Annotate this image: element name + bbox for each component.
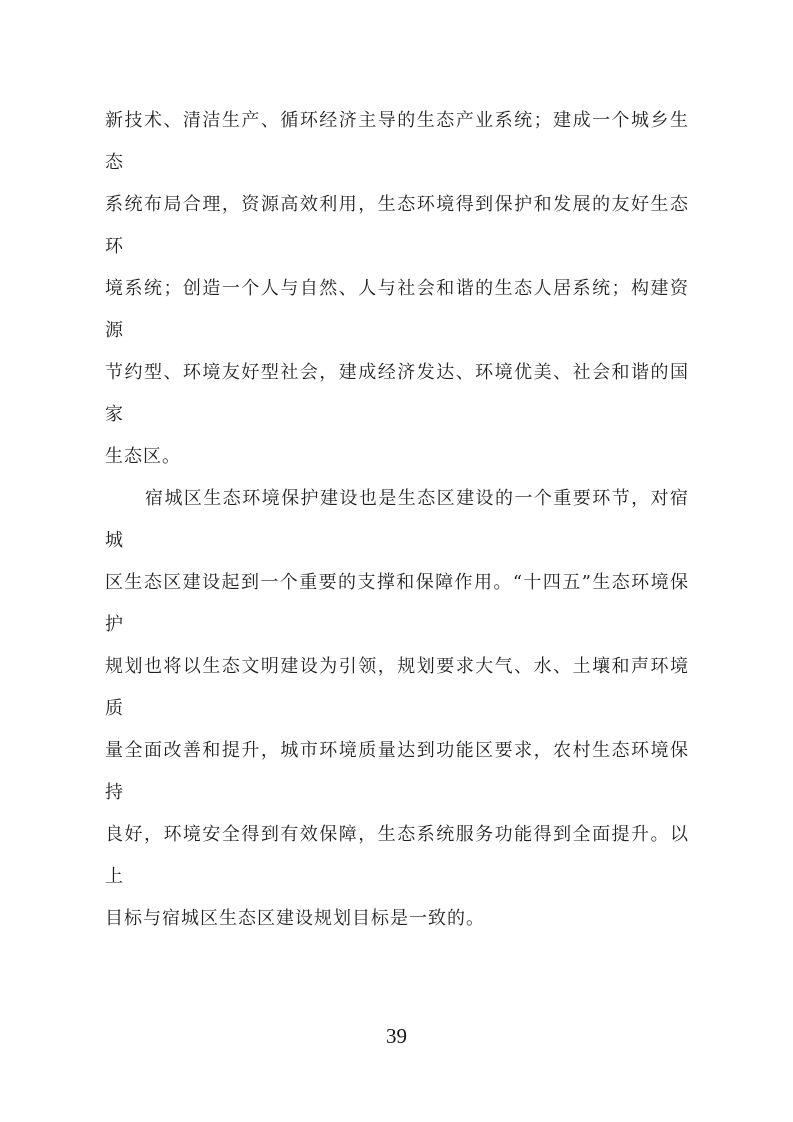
text-line: 区生态区建设起到一个重要的支撑和保障作用。“十四五”生态环境保护 [105,562,689,646]
text-line: 良好，环境安全得到有效保障，生态系统服务功能得到全面提升。以上 [105,814,689,898]
text-line: 宿城区生态环境保护建设也是生态区建设的一个重要环节，对宿城 [105,478,689,562]
paragraph: 新技术、清洁生产、循环经济主导的生态产业系统；建成一个城乡生态 系统布局合理，资… [105,100,689,478]
page-number: 39 [0,1024,793,1049]
text-line: 生态区。 [105,436,689,478]
text-line: 系统布局合理，资源高效利用，生态环境得到保护和发展的友好生态环 [105,184,689,268]
text-line: 目标与宿城区生态区建设规划目标是一致的。 [105,898,689,940]
paragraph: 宿城区生态环境保护建设也是生态区建设的一个重要环节，对宿城 区生态区建设起到一个… [105,478,689,940]
text-line: 新技术、清洁生产、循环经济主导的生态产业系统；建成一个城乡生态 [105,100,689,184]
document-page: 新技术、清洁生产、循环经济主导的生态产业系统；建成一个城乡生态 系统布局合理，资… [0,0,793,1122]
text-line: 境系统；创造一个人与自然、人与社会和谐的生态人居系统；构建资源 [105,268,689,352]
text-line: 量全面改善和提升，城市环境质量达到功能区要求，农村生态环境保持 [105,730,689,814]
text-line: 节约型、环境友好型社会，建成经济发达、环境优美、社会和谐的国家 [105,352,689,436]
body-text: 新技术、清洁生产、循环经济主导的生态产业系统；建成一个城乡生态 系统布局合理，资… [105,100,689,940]
text-line: 规划也将以生态文明建设为引领，规划要求大气、水、土壤和声环境质 [105,646,689,730]
